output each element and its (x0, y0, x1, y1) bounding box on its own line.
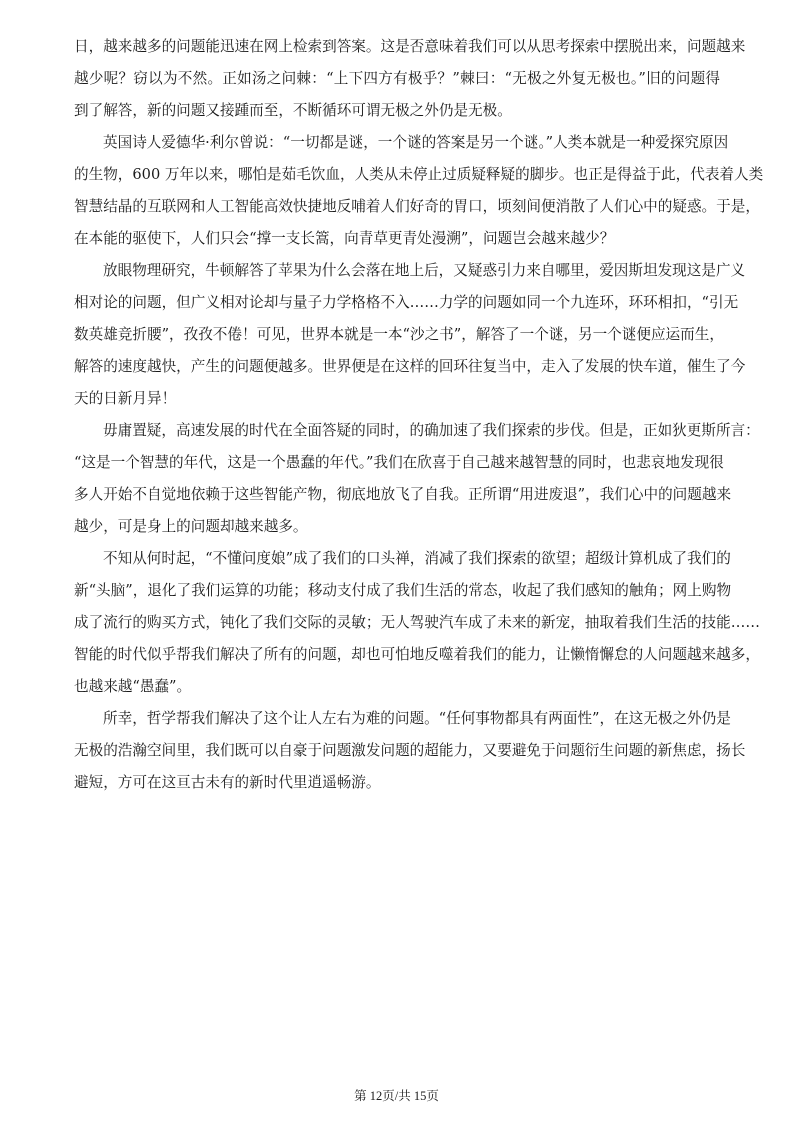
paragraph-6-line-2: 无极的浩瀚空间里，我们既可以自豪于问题激发问题的超能力，又要避免于问题衍生问题的… (74, 741, 720, 761)
paragraph-5-line-1: 不知从何时起，“不懂问度娘”成了我们的口头禅，消减了我们探索的欲望；超级计算机成… (103, 549, 720, 569)
paragraph-3-line-4: 解答的速度越快，产生的问题便越多。世界便是在这样的回环往复当中，走入了发展的快车… (74, 357, 720, 377)
paragraph-4-line-4: 越少，可是身上的问题却越来越多。 (74, 517, 720, 537)
paragraph-6-line-3: 避短，方可在这亘古未有的新时代里逍遥畅游。 (74, 773, 720, 793)
paragraph-2-line-4: 在本能的驱使下，人们只会“撑一支长篙，向青草更青处漫溯”，问题岂会越来越少？ (74, 229, 720, 249)
paragraph-4-line-2: “这是一个智慧的年代，这是一个愚蠢的年代。”我们在欣喜于自己越来越智慧的同时，也… (74, 453, 720, 473)
paragraph-5-line-3: 成了流行的购买方式，钝化了我们交际的灵敏；无人驾驶汽车成了未来的新宠，抽取着我们… (74, 613, 720, 633)
paragraph-4-line-1: 毋庸置疑，高速发展的时代在全面答疑的同时，的确加速了我们探索的步伐。但是，正如狄… (103, 421, 720, 441)
paragraph-2-line-2: 的生物，600 万年以来，哪怕是茹毛饮血，人类从未停止过质疑释疑的脚步。也正是得… (74, 165, 720, 185)
paragraph-3-line-2: 相对论的问题，但广义相对论却与量子力学格格不入……力学的问题如同一个九连环，环环… (74, 293, 720, 313)
paragraph-1-line-1: 日，越来越多的问题能迅速在网上检索到答案。这是否意味着我们可以从思考探索中摆脱出… (74, 37, 720, 57)
paragraph-4-line-3: 多人开始不自觉地依赖于这些智能产物，彻底地放飞了自我。正所谓“用进废退”，我们心… (74, 485, 720, 505)
paragraph-5-line-4: 智能的时代似乎帮我们解决了所有的问题，却也可怕地反噬着我们的能力，让懒惰懈怠的人… (74, 645, 720, 665)
paragraph-3-line-1: 放眼物理研究，牛顿解答了苹果为什么会落在地上后，又疑惑引力来自哪里，爱因斯坦发现… (103, 261, 720, 281)
paragraph-3-line-3: 数英雄竞折腰”，孜孜不倦！可见，世界本就是一本“沙之书”，解答了一个谜，另一个谜… (74, 325, 720, 345)
paragraph-1-line-3: 到了解答，新的问题又接踵而至，不断循环可谓无极之外仍是无极。 (74, 101, 720, 121)
paragraph-1-line-2: 越少呢？窃以为不然。正如汤之问棘：“上下四方有极乎？”棘曰：“无极之外复无极也。… (74, 69, 720, 89)
paragraph-2-line-3: 智慧结晶的互联网和人工智能高效快捷地反哺着人们好奇的胃口，顷刻间便消散了人们心中… (74, 197, 720, 217)
paragraph-6-line-1: 所幸，哲学帮我们解决了这个让人左右为难的问题。“任何事物都具有两面性”，在这无极… (103, 709, 720, 729)
paragraph-5-line-2: 新“头脑”，退化了我们运算的功能；移动支付成了我们生活的常态，收起了我们感知的触… (74, 581, 720, 601)
document-page: 日，越来越多的问题能迅速在网上检索到答案。这是否意味着我们可以从思考探索中摆脱出… (0, 0, 793, 1122)
page-number-footer: 第 12页/共 15页 (0, 1088, 793, 1104)
paragraph-5-line-5: 也越来越“愚蠢”。 (74, 677, 720, 697)
paragraph-2-line-1: 英国诗人爱德华·利尔曾说：“一切都是谜，一个谜的答案是另一个谜。”人类本就是一种… (103, 133, 720, 153)
paragraph-3-line-5: 天的日新月异！ (74, 389, 720, 409)
